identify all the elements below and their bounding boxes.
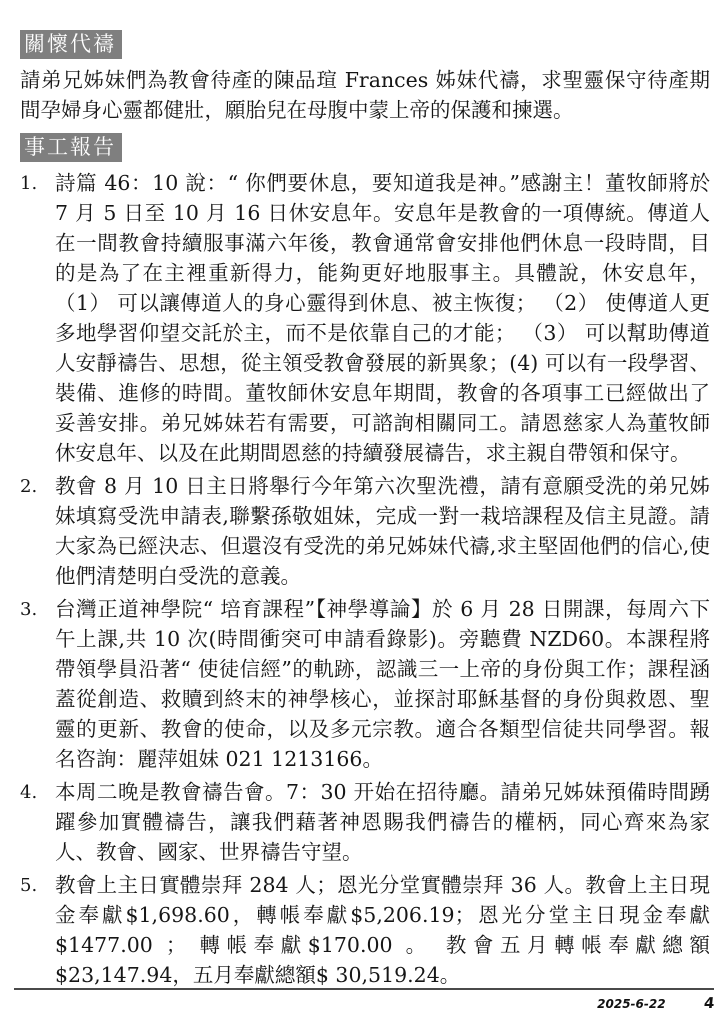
section-heading-care: 關懷代禱 (20, 30, 122, 59)
report-item-text: 詩篇 46：10 說：“ 你們要休息，要知道我是神。”感謝主！董牧師將於 7 月… (55, 168, 710, 468)
care-paragraph: 請弟兄姊妹們為教會待產的陳品瑄 Frances 姊妹代禱，求聖靈保守待產期間孕婦… (20, 65, 710, 125)
report-item-number: 1. (20, 168, 55, 199)
report-item-3: 3. 台灣正道神學院“ 培育課程”【神學導論】於 6 月 28 日開課，每周六下… (20, 594, 710, 774)
report-list: 1. 詩篇 46：10 說：“ 你們要休息，要知道我是神。”感謝主！董牧師將於 … (20, 168, 710, 990)
document-page: 關懷代禱 請弟兄姊妹們為教會待產的陳品瑄 Frances 姊妹代禱，求聖靈保守待… (0, 0, 724, 1024)
report-item-number: 5. (20, 870, 55, 901)
report-item-5: 5. 教會上主日實體崇拜 284 人；恩光分堂實體崇拜 36 人。教會上主日現金… (20, 870, 710, 990)
report-item-2: 2. 教會 8 月 10 日主日將舉行今年第六次聖洗禮，請有意願受洗的弟兄姊妹填… (20, 471, 710, 591)
footer-page-number: 4 (703, 994, 715, 1012)
page-footer: 2025-6-22 4 (14, 988, 714, 1012)
report-item-text: 本周二晚是教會禱告會。7：30 开始在招待廳。請弟兄姊妹預備時間踴躍參加實體禱告… (55, 777, 710, 867)
report-item-4: 4. 本周二晚是教會禱告會。7：30 开始在招待廳。請弟兄姊妹預備時間踴躍參加實… (20, 777, 710, 867)
report-item-text: 教會 8 月 10 日主日將舉行今年第六次聖洗禮，請有意願受洗的弟兄姊妹填寫受洗… (55, 471, 710, 591)
report-item-number: 4. (20, 777, 55, 808)
report-item-1: 1. 詩篇 46：10 說：“ 你們要休息，要知道我是神。”感謝主！董牧師將於 … (20, 168, 710, 468)
report-item-text: 教會上主日實體崇拜 284 人；恩光分堂實體崇拜 36 人。教會上主日現金奉獻$… (55, 870, 710, 990)
report-item-text: 台灣正道神學院“ 培育課程”【神學導論】於 6 月 28 日開課，每周六下午上課… (55, 594, 710, 774)
report-item-number: 3. (20, 594, 55, 625)
footer-date: 2025-6-22 (597, 997, 665, 1011)
report-item-number: 2. (20, 471, 55, 502)
section-heading-report: 事工報告 (20, 133, 122, 162)
